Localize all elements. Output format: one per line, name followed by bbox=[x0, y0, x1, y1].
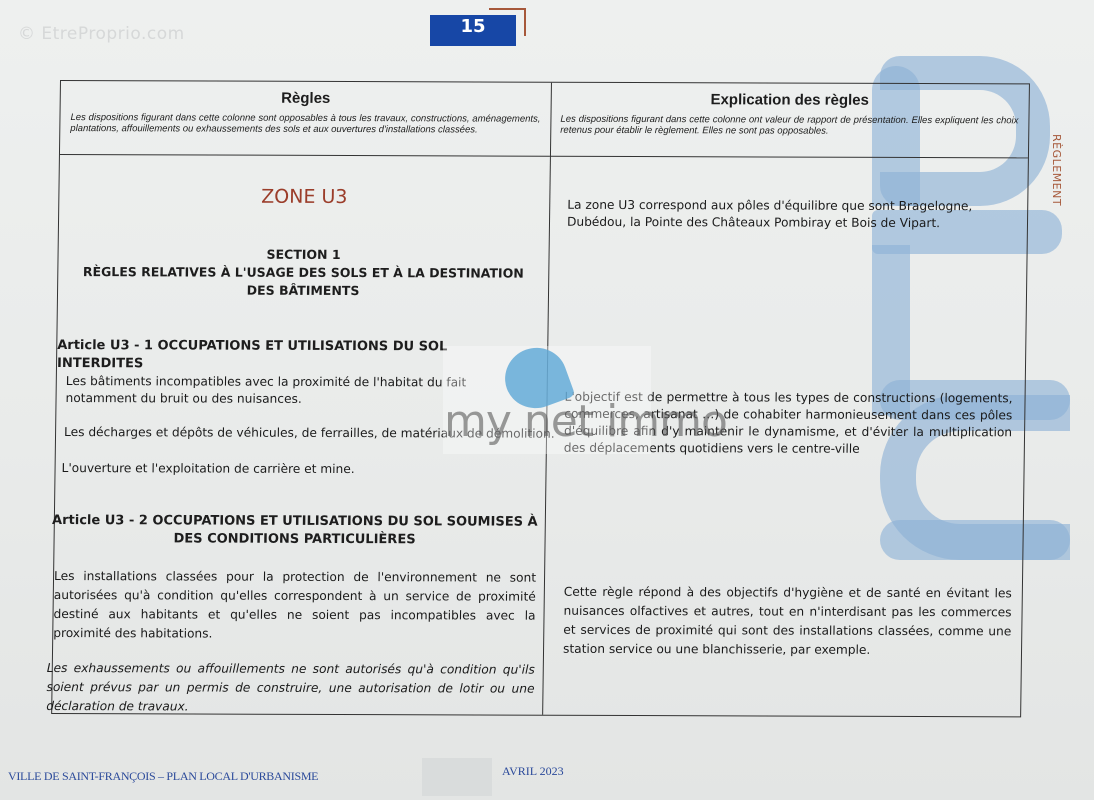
explanation-column-header: Explication des règles Les dispositions … bbox=[550, 83, 1029, 159]
rules-column-header: Règles Les dispositions figurant dans ce… bbox=[60, 81, 551, 157]
site-watermark: © EtreProprio.com bbox=[18, 24, 185, 44]
explanation-column-title: Explication des règles bbox=[561, 91, 1019, 110]
explanation-paragraph: La zone U3 correspond aux pôles d'équili… bbox=[567, 197, 1015, 233]
article-2-paragraph: Les installations classées pour la prote… bbox=[53, 567, 536, 645]
footer-decoration-box bbox=[422, 758, 492, 796]
rules-column-title: Règles bbox=[71, 89, 541, 108]
footer-document-title: VILLE DE SAINT-FRANÇOIS – PLAN LOCAL D'U… bbox=[8, 769, 318, 784]
article-2-heading-text: Article U3 - 2 OCCUPATIONS ET UTILISATIO… bbox=[48, 512, 540, 550]
section-number: SECTION 1 bbox=[58, 245, 548, 265]
article-2-paragraph: Les exhaussements ou affouillements ne s… bbox=[46, 659, 535, 718]
section-heading: SECTION 1 RÈGLES RELATIVES À L'USAGE DES… bbox=[58, 245, 549, 301]
explanation-paragraph: Cette règle répond à des objectifs d'hyg… bbox=[563, 583, 1012, 661]
article-2-heading: Article U3 - 2 OCCUPATIONS ET UTILISATIO… bbox=[48, 512, 540, 550]
logo-watermark-text: my net immo bbox=[444, 396, 727, 447]
article-1-paragraph: L'ouverture et l'exploitation de carrièr… bbox=[61, 460, 537, 479]
side-label-reglement: RÈGLEMENT bbox=[1050, 134, 1063, 206]
zone-title: ZONE U3 bbox=[59, 185, 549, 209]
explanation-column-note: Les dispositions figurant dans cette col… bbox=[560, 114, 1018, 138]
corner-mark-decoration bbox=[489, 8, 526, 36]
rules-column-note: Les dispositions figurant dans cette col… bbox=[70, 112, 540, 136]
section-title: RÈGLES RELATIVES À L'USAGE DES SOLS ET À… bbox=[58, 263, 548, 301]
footer-date: AVRIL 2023 bbox=[502, 764, 564, 779]
